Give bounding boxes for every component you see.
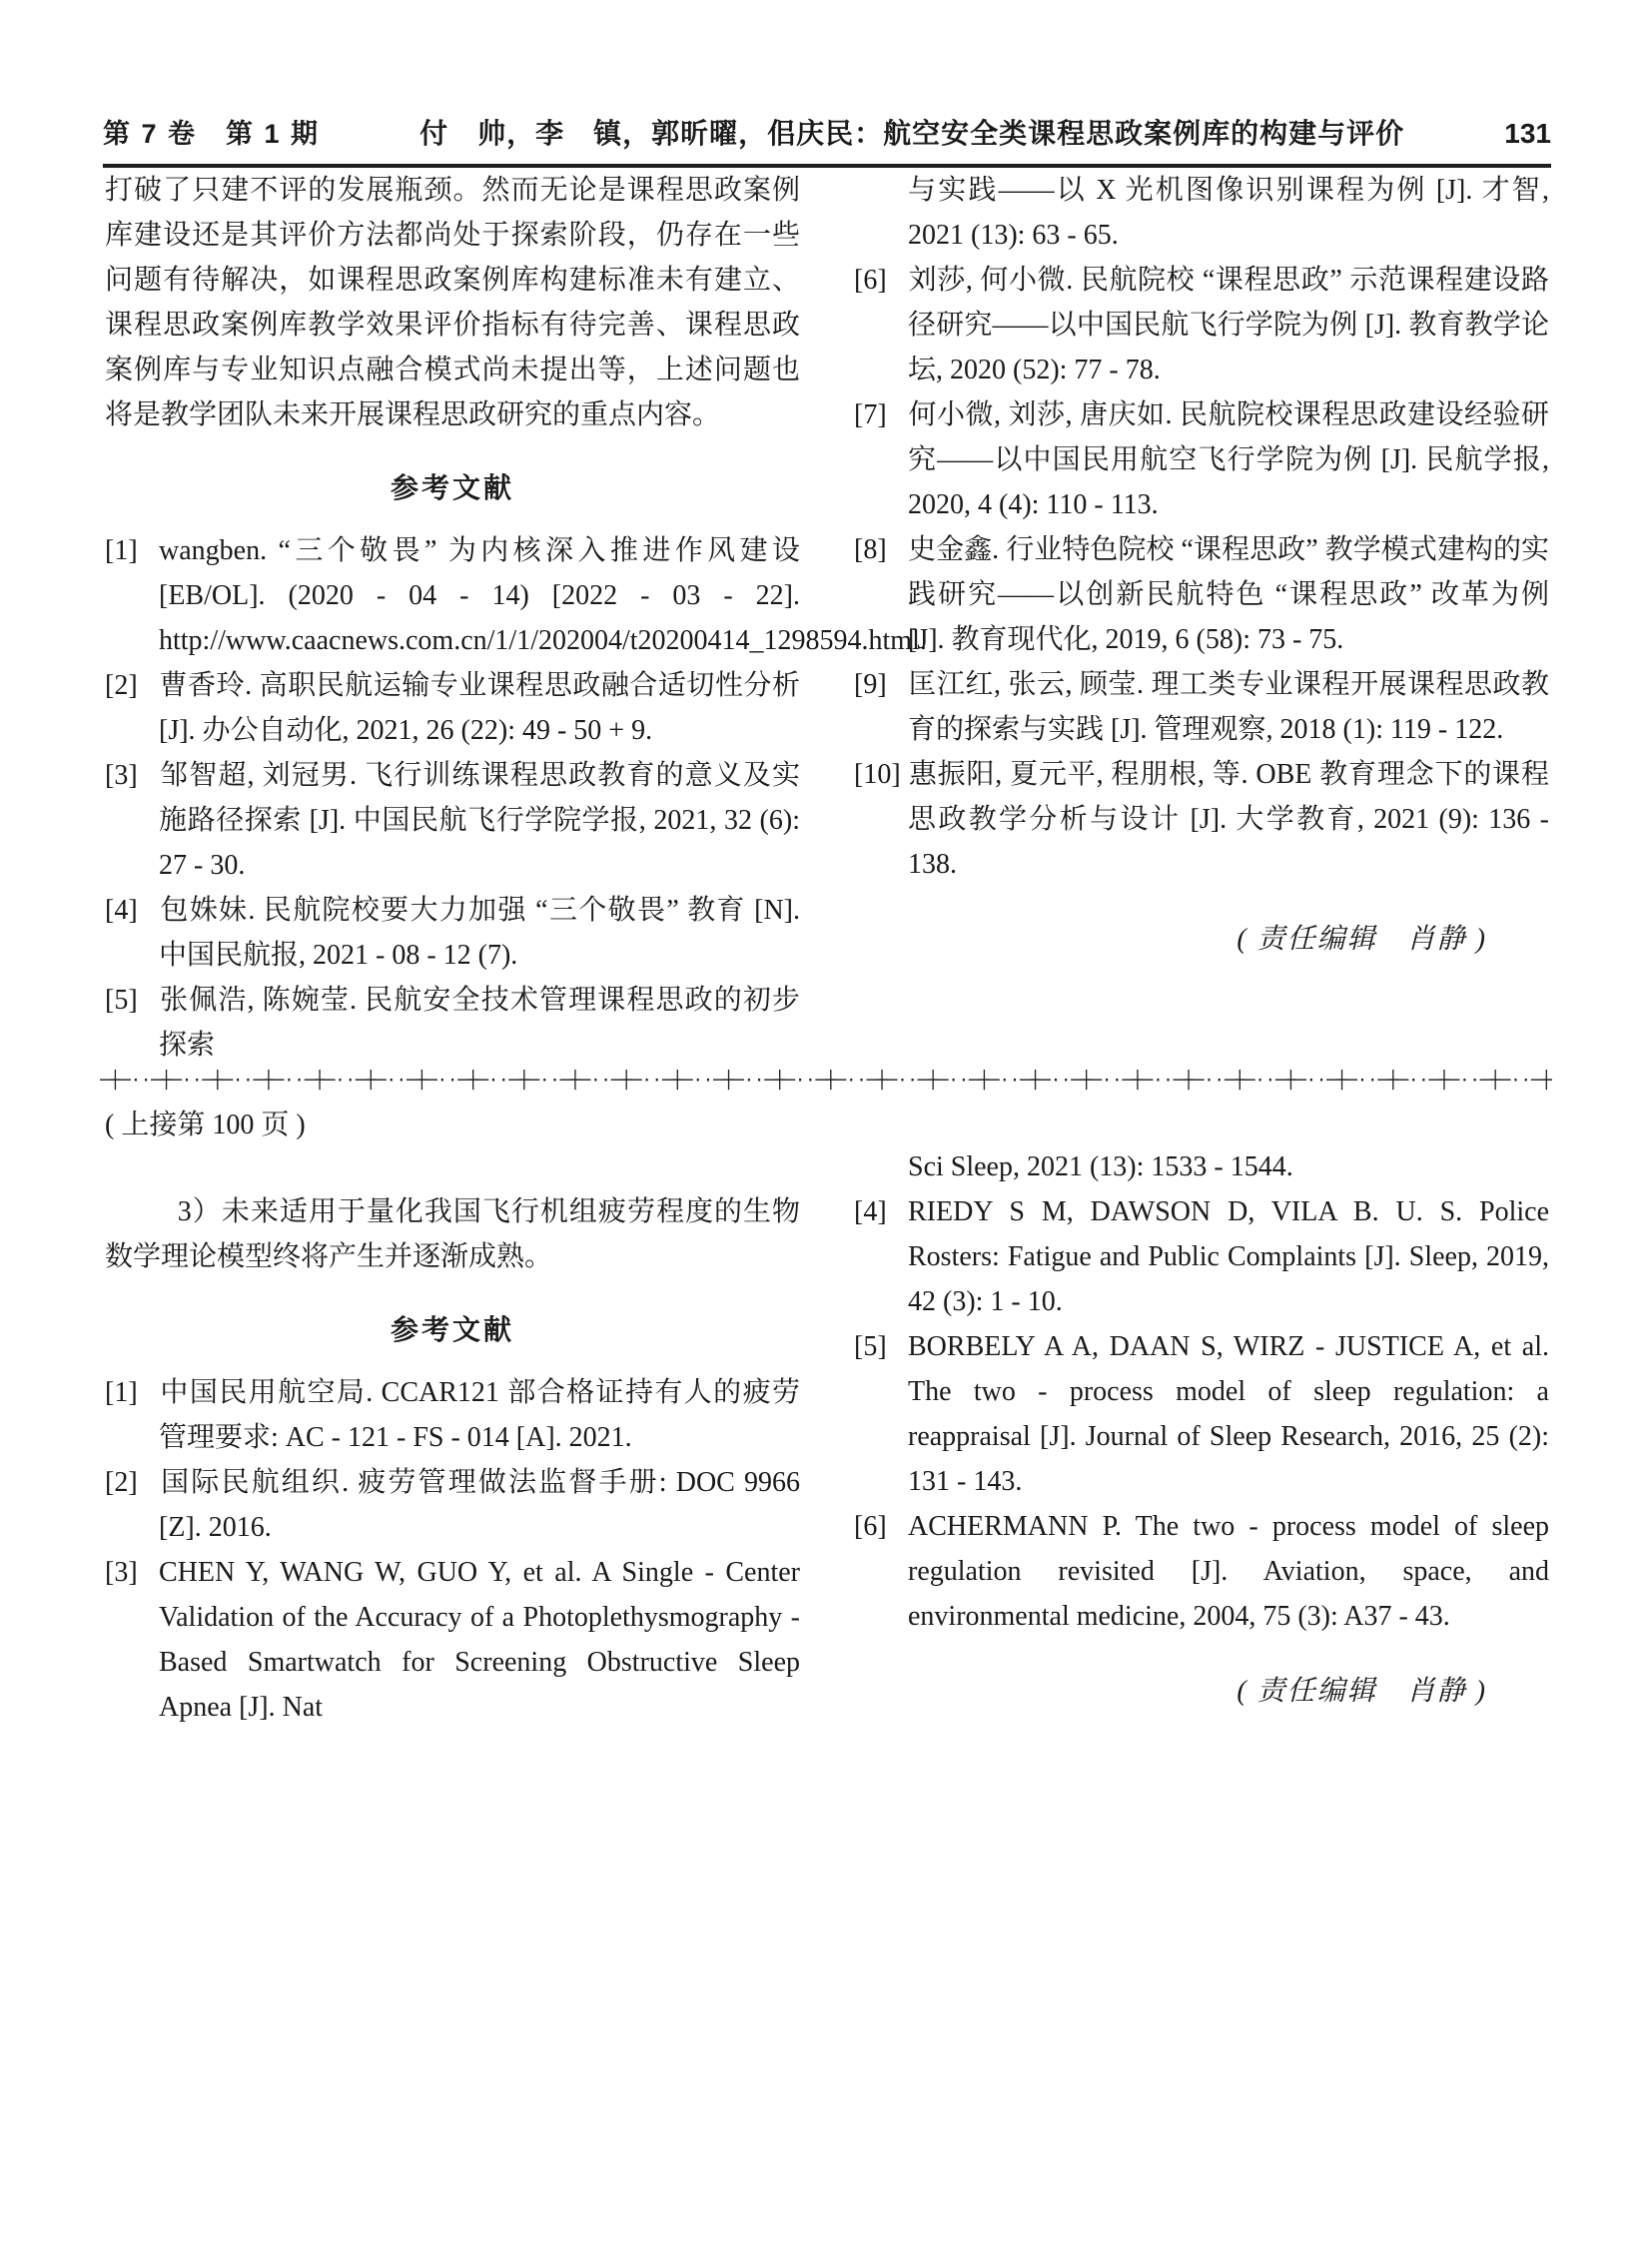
reference-item: [6]刘莎, 何小微. 民航院校 “课程思政” 示范课程建设路径研究——以中国民…: [854, 258, 1549, 392]
reference-text: BORBELY A A, DAAN S, WIRZ - JUSTICE A, e…: [908, 1331, 1549, 1497]
reference-marker: [5]: [105, 978, 159, 1023]
reference-text: 中国民用航空局. CCAR121 部合格证持有人的疲劳管理要求: AC - 12…: [159, 1377, 800, 1453]
running-title: 付 帅，李 镇，郭昕曜，佀庆民：航空安全类课程思政案例库的构建与评价: [320, 112, 1504, 152]
article2-references-heading: 参考文献: [105, 1307, 800, 1352]
reference-text: wangben. “三个敬畏” 为内核深入推进作风建设 [EB/OL]. (20…: [159, 535, 927, 656]
reference-continuation: Sci Sleep, 2021 (13): 1533 - 1544.: [854, 1144, 1549, 1189]
journal-page: 第 7 卷 第 1 期 付 帅，李 镇，郭昕曜，佀庆民：航空安全类课程思政案例库…: [0, 0, 1652, 2242]
reference-marker: [5]: [854, 1324, 908, 1369]
reference-item: [2]国际民航组织. 疲劳管理做法监督手册: DOC 9966 [Z]. 201…: [105, 1460, 800, 1550]
article2-paragraph: 3）未来适用于量化我国飞行机组疲劳程度的生物数学理论模型终将产生并逐渐成熟。: [105, 1189, 800, 1279]
reference-item: [5]BORBELY A A, DAAN S, WIRZ - JUSTICE A…: [854, 1324, 1549, 1504]
reference-marker: [1]: [105, 1370, 159, 1415]
volume-issue: 第 7 卷 第 1 期: [103, 112, 320, 151]
reference-marker: [8]: [854, 527, 908, 572]
reference-continuation: 与实践——以 X 光机图像识别课程为例 [J]. 才智, 2021 (13): …: [854, 168, 1549, 258]
reference-item: [9]匡江红, 张云, 顾莹. 理工类专业课程开展课程思政教育的探索与实践 [J…: [854, 662, 1549, 752]
reference-text: 何小微, 刘莎, 唐庆如. 民航院校课程思政建设经验研究——以中国民用航空飞行学…: [908, 399, 1549, 520]
reference-item: [3]邹智超, 刘冠男. 飞行训练课程思政教育的意义及实施路径探索 [J]. 中…: [105, 753, 800, 888]
reference-item: [1]wangben. “三个敬畏” 为内核深入推进作风建设 [EB/OL]. …: [105, 528, 800, 663]
reference-item: [5]张佩浩, 陈婉莹. 民航安全技术管理课程思政的初步探索: [105, 978, 800, 1068]
article1-paragraph: 打破了只建不评的发展瓶颈。然而无论是课程思政案例库建设还是其评价方法都尚处于探索…: [105, 168, 800, 437]
article2-right-column: Sci Sleep, 2021 (13): 1533 - 1544. [4]RI…: [854, 1103, 1549, 1730]
reference-text: 与实践——以 X 光机图像识别课程为例 [J]. 才智, 2021 (13): …: [908, 175, 1549, 251]
reference-marker: [3]: [105, 1550, 159, 1595]
reference-marker: [10]: [854, 752, 908, 797]
page-number: 131: [1504, 118, 1551, 150]
article2-section: ( 上接第 100 页 ) 3）未来适用于量化我国飞行机组疲劳程度的生物数学理论…: [105, 1103, 1549, 1730]
article1-left-column: 打破了只建不评的发展瓶颈。然而无论是课程思政案例库建设还是其评价方法都尚处于探索…: [105, 168, 800, 1068]
reference-marker: [3]: [105, 753, 159, 798]
reference-item: [1]中国民用航空局. CCAR121 部合格证持有人的疲劳管理要求: AC -…: [105, 1370, 800, 1460]
reference-text: 张佩浩, 陈婉莹. 民航安全技术管理课程思政的初步探索: [159, 985, 800, 1061]
article1-section: 打破了只建不评的发展瓶颈。然而无论是课程思政案例库建设还是其评价方法都尚处于探索…: [105, 168, 1549, 1068]
reference-text: 邹智超, 刘冠男. 飞行训练课程思政教育的意义及实施路径探索 [J]. 中国民航…: [159, 760, 800, 881]
reference-text: CHEN Y, WANG W, GUO Y, et al. A Single -…: [159, 1557, 800, 1723]
article1-references-heading: 参考文献: [105, 465, 800, 510]
reference-marker: [2]: [105, 663, 159, 708]
reference-marker: [6]: [854, 1504, 908, 1549]
page-header: 第 7 卷 第 1 期 付 帅，李 镇，郭昕曜，佀庆民：航空安全类课程思政案例库…: [103, 112, 1551, 168]
reference-text: 包姝妹. 民航院校要大力加强 “三个敬畏” 教育 [N]. 中国民航报, 202…: [159, 895, 800, 971]
reference-item: [4]RIEDY S M, DAWSON D, VILA B. U. S. Po…: [854, 1189, 1549, 1324]
reference-marker: [9]: [854, 662, 908, 707]
reference-marker: [2]: [105, 1460, 159, 1505]
article1-editor-note: ( 责任编辑 肖静 ): [854, 917, 1549, 962]
continued-from-note: ( 上接第 100 页 ): [105, 1103, 800, 1147]
reference-marker: [4]: [105, 888, 159, 933]
reference-text: 惠振阳, 夏元平, 程朋根, 等. OBE 教育理念下的课程思政教学分析与设计 …: [908, 759, 1549, 880]
reference-item: [3]CHEN Y, WANG W, GUO Y, et al. A Singl…: [105, 1550, 800, 1730]
reference-marker: [1]: [105, 528, 159, 573]
reference-marker: [7]: [854, 392, 908, 437]
reference-text: 匡江红, 张云, 顾莹. 理工类专业课程开展课程思政教育的探索与实践 [J]. …: [908, 669, 1549, 745]
reference-text: 曹香玲. 高职民航运输专业课程思政融合适切性分析 [J]. 办公自动化, 202…: [159, 670, 800, 746]
reference-item: [6]ACHERMANN P. The two - process model …: [854, 1504, 1549, 1639]
article1-right-column: 与实践——以 X 光机图像识别课程为例 [J]. 才智, 2021 (13): …: [854, 168, 1549, 1068]
reference-item: [2]曹香玲. 高职民航运输专业课程思政融合适切性分析 [J]. 办公自动化, …: [105, 663, 800, 753]
reference-text: ACHERMANN P. The two - process model of …: [908, 1511, 1549, 1632]
reference-item: [7]何小微, 刘莎, 唐庆如. 民航院校课程思政建设经验研究——以中国民用航空…: [854, 392, 1549, 527]
reference-text: RIEDY S M, DAWSON D, VILA B. U. S. Polic…: [908, 1196, 1549, 1317]
article2-editor-note: ( 责任编辑 肖静 ): [854, 1669, 1549, 1714]
reference-item: [10]惠振阳, 夏元平, 程朋根, 等. OBE 教育理念下的课程思政教学分析…: [854, 752, 1549, 887]
reference-marker: [4]: [854, 1189, 908, 1234]
reference-marker: [6]: [854, 258, 908, 303]
reference-item: [4]包姝妹. 民航院校要大力加强 “三个敬畏” 教育 [N]. 中国民航报, …: [105, 888, 800, 978]
article2-left-column: ( 上接第 100 页 ) 3）未来适用于量化我国飞行机组疲劳程度的生物数学理论…: [105, 1103, 800, 1730]
reference-text: Sci Sleep, 2021 (13): 1533 - 1544.: [908, 1151, 1293, 1182]
reference-text: 国际民航组织. 疲劳管理做法监督手册: DOC 9966 [Z]. 2016.: [159, 1467, 800, 1543]
section-divider: ─┼─··─┼─··─┼─··─┼─··─┼─··─┼─··─┼─··─┼─··…: [100, 1067, 1552, 1095]
reference-text: 刘莎, 何小微. 民航院校 “课程思政” 示范课程建设路径研究——以中国民航飞行…: [908, 265, 1549, 385]
reference-text: 史金鑫. 行业特色院校 “课程思政” 教学模式建构的实践研究——以创新民航特色 …: [908, 534, 1549, 655]
reference-item: [8]史金鑫. 行业特色院校 “课程思政” 教学模式建构的实践研究——以创新民航…: [854, 527, 1549, 662]
